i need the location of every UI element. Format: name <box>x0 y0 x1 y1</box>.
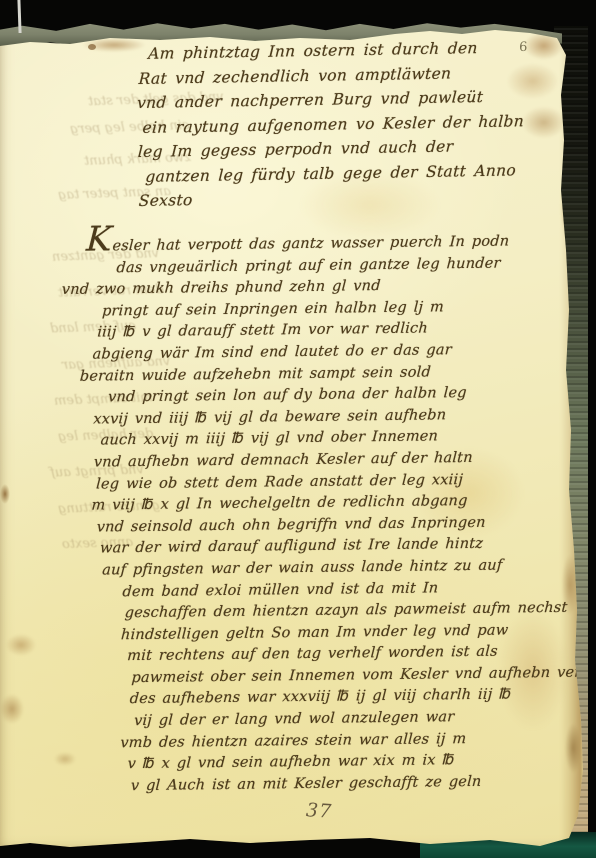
manuscript-photo: vnd das gelt der stat ain halbe leg perg… <box>0 0 596 858</box>
manuscript-page: vnd das gelt der stat ain halbe leg perg… <box>0 0 596 858</box>
stain <box>0 694 24 724</box>
body-paragraph: Kesler hat verpott das gantz wasser puer… <box>56 223 596 798</box>
stain <box>0 484 10 504</box>
folio-number-bottom: 37 <box>305 799 333 823</box>
stain <box>88 44 96 50</box>
stain <box>6 634 36 656</box>
page-marker-sliver <box>17 0 21 33</box>
heading-paragraph: Am phintztag Inn ostern ist durch den Ra… <box>136 35 525 213</box>
